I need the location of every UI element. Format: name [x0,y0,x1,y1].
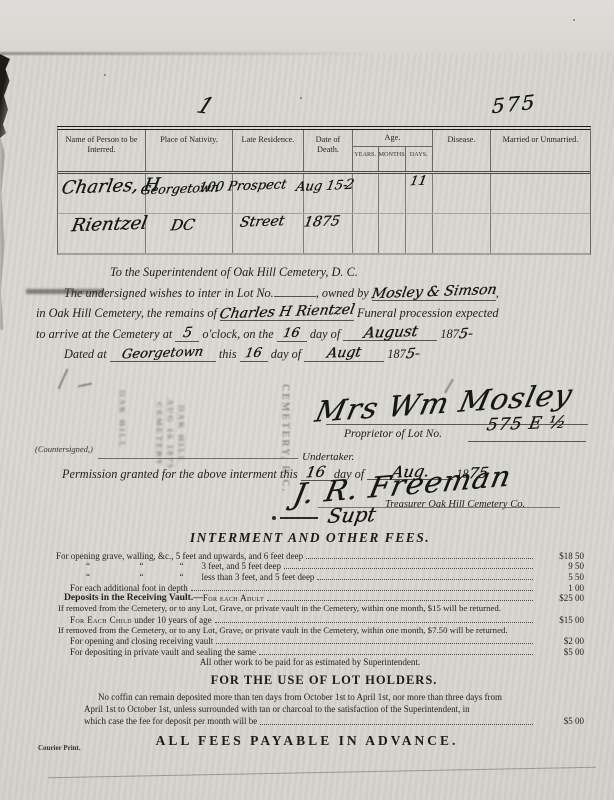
supt-handwriting: Supt [326,502,378,528]
all-fees-footer: ALL FEES PAYABLE IN ADVANCE. [0,733,614,749]
fee-label: For opening grave, walling, &c., 5 feet … [56,551,303,561]
dated-year-handwriting: 5- [404,344,421,365]
fee-row: For each additional foot in depth 1 00 [36,582,584,593]
other-work-note: All other work to be paid for as estimat… [36,657,584,668]
owner-blank: Mosley & Simson [372,287,496,301]
entry-nativity-line2: DC [169,216,196,235]
fee-note: If removed from the Cemetery, or to any … [36,603,584,614]
dated-month-blank: Augt [304,348,384,362]
fee-row-child: For Each Child under 10 years of age $15… [36,614,584,625]
dotted-leader [267,600,533,601]
fee-row: “ “ “ 3 feet, and 5 feet deep 9 50 [36,561,584,572]
dated-day-handwriting: 16 [244,347,263,361]
fee-label: “ “ “ less than 3 feet, and 5 feet deep [86,572,314,582]
request-line-2: The undersigned wishes to inter in Lot N… [36,283,588,304]
arrive-day-blank: 16 [277,328,307,342]
lot-holders-line: April 1st to October 1st, unless surroun… [64,703,584,715]
fee-amount: $5 00 [536,647,584,657]
col-header-months: MONTHS. [379,147,406,171]
col-header-days: DAYS. [406,147,432,171]
dot-artifact [272,516,276,520]
stamp-text: CEMETERY [154,360,165,510]
entry-age-days: 11 [409,174,428,190]
ink-scribble [58,369,69,390]
entry-name-line2: Rientzel [70,213,149,237]
crease-artifact [48,767,596,779]
permission-text: Permission granted for the above interme… [62,467,298,481]
fee-label: For opening and closing receiving vault [70,636,213,646]
entry-death-line1: Aug 15- [294,178,348,195]
lot-holders-line: No coffin can remain deposited more than… [64,691,584,703]
smudge-artifact-top [0,52,372,55]
arrive-month-blank: August [343,327,437,341]
fee-row: For depositing in private vault and seal… [36,646,584,657]
lot-no-blank [274,283,316,297]
fees-section: INTERMENT AND OTHER FEES. For opening gr… [36,530,584,668]
lot-holders-last-line: which case the fee for deposit per month… [64,715,584,727]
col-header-name: Name of Person to be Interred. [58,130,146,171]
salutation: To the Superintendent of Oak Hill Cemete… [36,262,588,283]
fee-row-deposits: Deposits in the Receiving Vault.— For ea… [36,593,584,604]
fee-label: “ “ “ 3 feet, and 5 feet deep [86,561,281,571]
col-header-date-of-death: Date of Death. [304,130,353,171]
stamp-artifact-center: OAK HILL AUG 16 1875 CEMETERY [154,360,187,510]
speck-artifact [104,74,106,76]
paper-top-band [0,0,614,53]
fee-amount: 1 00 [536,583,584,593]
line5-text: this [219,347,237,361]
line4-text: o'clock, on the [202,327,273,341]
fee-amount: $15 00 [536,615,584,625]
countersigned-label: (Countersigned,) [35,444,93,454]
proprietor-label: Proprietor of Lot No. [344,428,442,440]
fee-label-smallcaps: For each Adult [203,593,264,603]
lot-holders-title: FOR THE USE OF LOT HOLDERS. [64,674,584,686]
fee-note: If removed from the Cemetery, or to any … [36,625,584,636]
request-line-3: in Oak Hill Cemetery, the remains of Cha… [36,303,588,324]
entry-residence-line2: Street [238,213,285,231]
year-handwriting: 5- [457,324,474,345]
stamp-artifact-right: CEMETERY, D.C. [280,359,291,519]
fee-label: under 10 years of age [132,615,212,625]
col-header-nativity: Place of Nativity. [146,130,233,171]
fee-row: “ “ “ less than 3 feet, and 5 feet deep … [36,571,584,582]
lot-number-underline [468,441,586,442]
speck-artifact [300,97,302,99]
dotted-leader [284,568,533,569]
printer-credit: Courier Print. [38,744,81,752]
col-header-years: YEARS. [353,147,379,171]
smudge-artifact-line [26,289,104,294]
col-header-age-group: Age. YEARS. MONTHS. DAYS. [353,130,433,171]
folio-number: 575 [491,90,536,118]
col-header-married: Married or Unmarried. [491,130,590,171]
fee-label: For depositing in private vault and seal… [70,647,256,657]
lot-holders-line: which case the fee for deposit per month… [84,715,257,727]
line3-text: in Oak Hill Cemetery, the remains of [36,306,217,320]
entry-death-line2: 1875 [302,213,341,230]
hour-handwriting: 5 [182,327,193,340]
dated-month-handwriting: Augt [326,347,362,361]
dotted-leader [259,654,533,655]
fee-amount: 5 50 [536,572,584,582]
dotted-leader [317,579,533,580]
dotted-leader [260,724,533,725]
dotted-leader [191,590,533,591]
fee-row: For opening and closing receiving vault … [36,636,584,647]
request-line-4: to arrive at the Cemetery at 5 o'clock, … [36,324,588,345]
fee-label: For each additional foot in depth [70,583,188,593]
fee-amount: $18 50 [536,551,584,561]
torn-edge-tail-artifact [0,135,5,330]
fee-amount: $2 00 [536,636,584,646]
entry-residence-line1: 100 Prospect [197,177,287,195]
lot-number-handwriting: 575 E ½ [485,413,568,436]
fee-row: For opening grave, walling, &c., 5 feet … [36,550,584,561]
dotted-leader [216,643,533,644]
dash-artifact [280,517,318,519]
fee-amount: 9 50 [536,561,584,571]
torn-edge-artifact [0,54,10,138]
col-header-age: Age. [353,130,432,147]
stamp-text: OAK HILL [176,360,187,510]
interment-request: To the Superintendent of Oak Hill Cemete… [36,262,588,365]
countersign-line [98,458,298,459]
line4-text: to arrive at the Cemetery at [36,327,172,341]
dotted-leader [306,558,533,559]
line4-text: day of [310,327,340,341]
lot-holders-section: FOR THE USE OF LOT HOLDERS. No coffin ca… [64,674,584,727]
line3-text: Funeral procession expected [357,306,499,320]
undertaker-label: Undertaker. [302,451,354,463]
interment-register-table: Name of Person to be Interred. Place of … [57,126,591,255]
owner-handwriting: Mosley & Simson [370,283,497,300]
line5-text: Dated at [64,347,107,361]
col-header-residence: Late Residence. [233,130,304,171]
fee-amount: $25 00 [536,593,584,603]
deceased-blank: Charles H Rientzel [220,307,354,321]
arrive-month-handwriting: August [362,325,418,340]
line2-text: , owned by [316,286,369,300]
year-printed: 187 [440,327,458,341]
age-subheaders: YEARS. MONTHS. DAYS. [353,147,432,171]
treasurer-label: Treasurer Oak Hill Cemetery Co. [385,499,525,510]
arrive-day-handwriting: 16 [282,326,301,340]
register-header-row: Name of Person to be Interred. Place of … [58,130,590,174]
document-page: 575 1 Name of Person to be Interred. Pla… [0,0,614,800]
dated-year-printed: 187 [387,347,405,361]
fee-label-smallcaps: For Each Child [70,615,132,625]
deceased-handwriting: Charles H Rientzel [218,304,355,322]
fees-title: INTERMENT AND OTHER FEES. [36,530,584,546]
fee-label-bold: Deposits in the Receiving Vault.— [64,592,203,603]
hour-blank: 5 [175,328,199,342]
ink-scribble [78,383,92,388]
fee-amount: $5 00 [536,715,584,727]
dated-day-blank: 16 [240,348,268,362]
request-line-5: Dated at Georgetown this 16 day of Augt … [36,344,588,365]
dotted-leader [215,622,533,623]
col-header-disease: Disease. [433,130,491,171]
stamp-text: AUG 16 1875 [165,360,176,510]
stray-pen-mark: 1 [193,93,217,119]
speck-artifact [573,19,575,21]
